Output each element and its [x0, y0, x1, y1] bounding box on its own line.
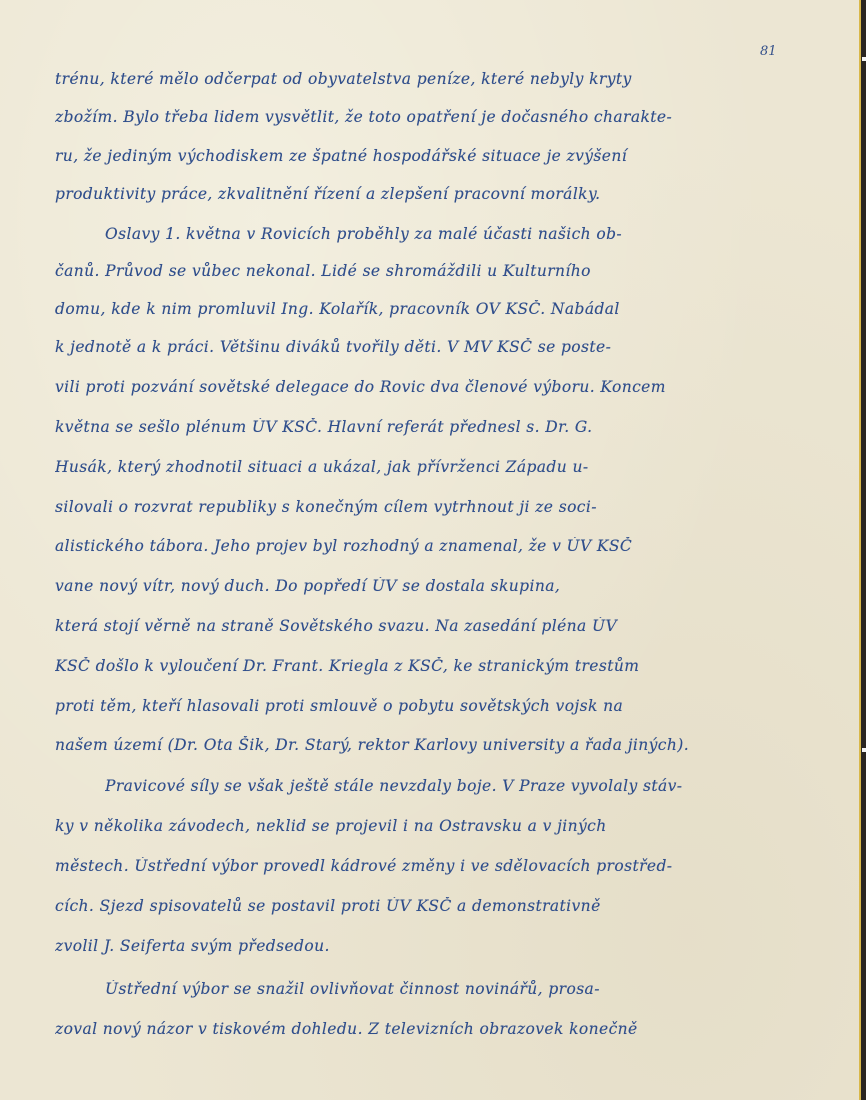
text-line: alistického tábora. Jeho projev byl rozh…	[55, 537, 775, 555]
text-line: která stojí věrně na straně Sovětského s…	[55, 617, 775, 635]
text-line: zoval nový názor v tiskovém dohledu. Z t…	[55, 1020, 775, 1038]
text-line: cích. Sjezd spisovatelů se postavil prot…	[55, 897, 775, 915]
page-number: 81	[760, 44, 777, 59]
text-line: našem území (Dr. Ota Šik, Dr. Starý, rek…	[55, 736, 775, 754]
text-line: vili proti pozvání sovětské delegace do …	[55, 378, 775, 396]
text-line: produktivity práce, zkvalitnění řízení a…	[55, 185, 775, 203]
text-line: proti těm, kteří hlasovali proti smlouvě…	[55, 697, 775, 715]
text-line: zvolil J. Seiferta svým předsedou.	[55, 937, 775, 955]
text-line: května se sešlo plénum ÚV KSČ. Hlavní re…	[55, 418, 775, 436]
text-line: KSČ došlo k vyloučení Dr. Frant. Kriegla…	[55, 657, 775, 675]
text-line: ky v několika závodech, neklid se projev…	[55, 817, 775, 835]
text-line: zbožím. Bylo třeba lidem vysvětlit, že t…	[55, 108, 775, 126]
paragraph-start-line: Pravicové síly se však ještě stále nevzd…	[105, 777, 775, 795]
paragraph-start-line: Oslavy 1. května v Rovicích proběhly za …	[105, 225, 775, 243]
paragraph-start-line: Ústřední výbor se snažil ovlivňovat činn…	[105, 980, 775, 998]
text-line: k jednotě a k práci. Většinu diváků tvoř…	[55, 338, 775, 356]
scan-edge-mark	[862, 748, 866, 752]
text-line: Husák, který zhodnotil situaci a ukázal,…	[55, 458, 775, 476]
text-line: vane nový vítr, nový duch. Do popředí ÚV…	[55, 577, 775, 595]
manuscript-page: 81 trénu, které mělo odčerpat od obyvate…	[0, 0, 861, 1100]
text-line: ru, že jediným východiskem ze špatné hos…	[55, 147, 775, 165]
text-line: čanů. Průvod se vůbec nekonal. Lidé se s…	[55, 262, 775, 280]
scan-edge-mark	[862, 57, 866, 61]
text-line: silovali o rozvrat republiky s konečným …	[55, 498, 775, 516]
text-line: domu, kde k nim promluvil Ing. Kolařík, …	[55, 300, 775, 318]
text-line: trénu, které mělo odčerpat od obyvatelst…	[55, 70, 775, 88]
text-line: městech. Ústřední výbor provedl kádrové …	[55, 857, 775, 875]
